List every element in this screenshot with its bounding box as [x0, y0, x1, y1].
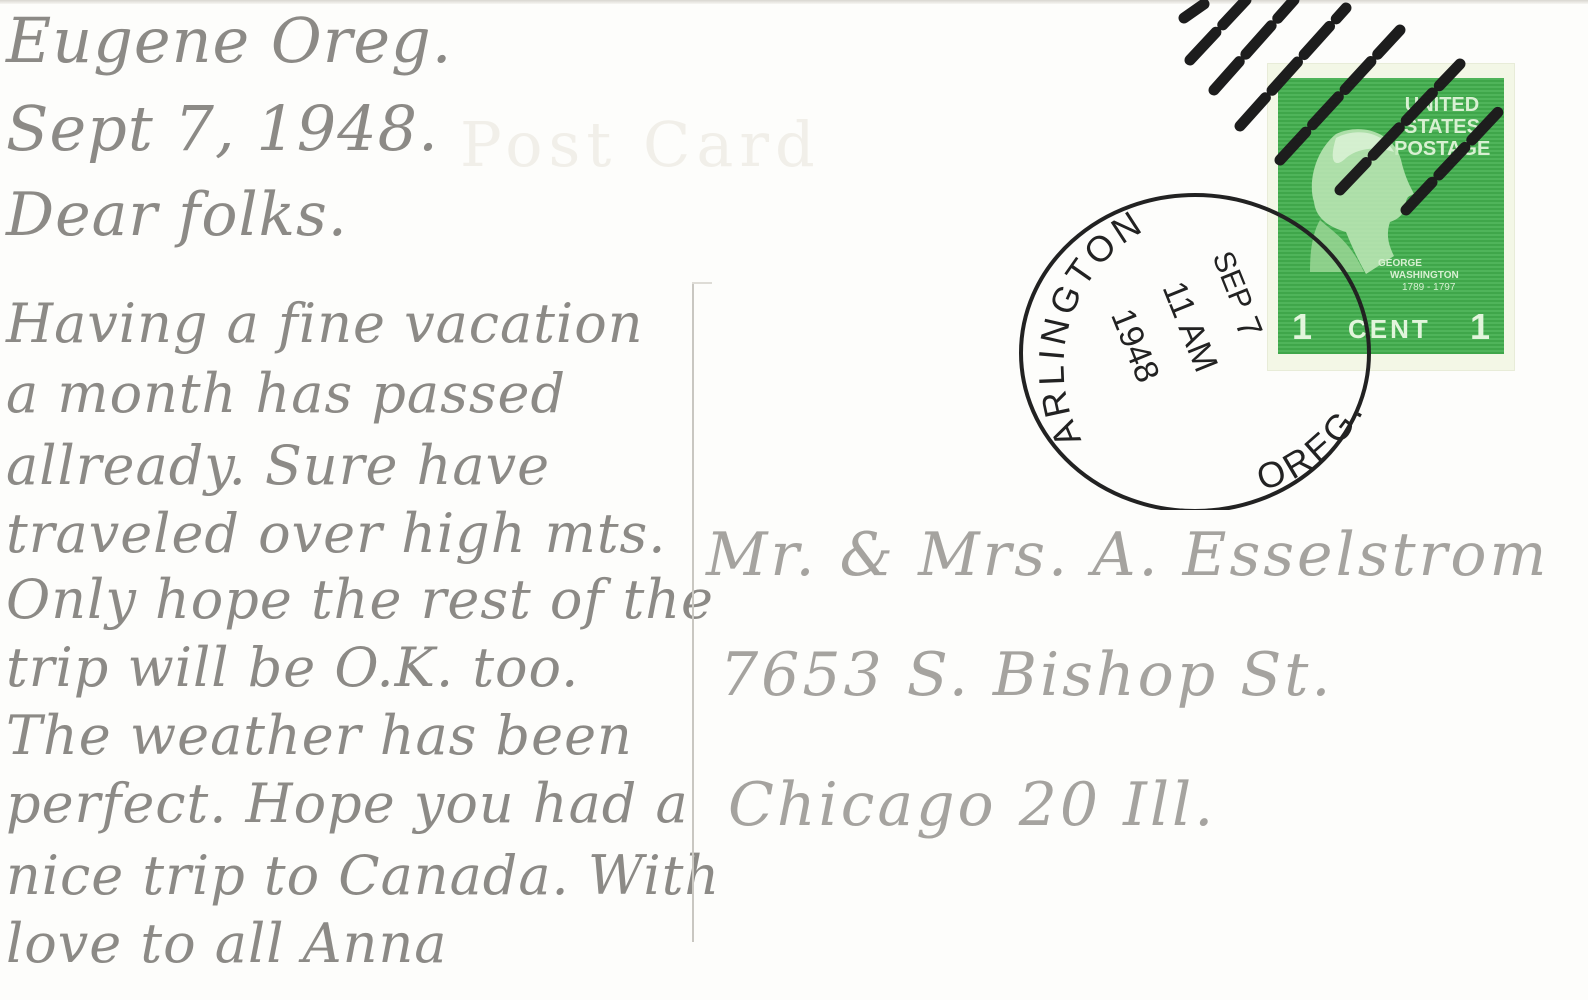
postmark-state: OREG. [1251, 392, 1372, 498]
postmark-time: 11 AM [1155, 276, 1225, 377]
stamp-last-name: WASHINGTON [1378, 270, 1488, 282]
stamp-country-line: UNITED [1394, 94, 1490, 116]
message-date: Sept 7, 1948. [6, 92, 439, 165]
message-place: Eugene Oreg. [6, 4, 452, 77]
stamp-value-right: 1 [1470, 306, 1490, 348]
message-line: allready. Sure have [6, 434, 550, 497]
message-line: Only hope the rest of the [6, 568, 714, 631]
postmark-year: 1948 [1103, 303, 1167, 387]
address-city: Chicago 20 Ill. [728, 770, 1216, 840]
postcard-back: Post Card Eugene Oreg. Sept 7, 1948. Dea… [0, 0, 1588, 1000]
postmark-day: 7 [1227, 312, 1269, 344]
center-divider-line [692, 282, 694, 942]
address-street: 7653 S. Bishop St. [720, 640, 1333, 710]
faint-postcard-header: Post Card [460, 108, 821, 181]
postmark-circle-icon: ARLINGTON OREG. SEP 7 11 AM 1948 [1012, 170, 1392, 510]
svg-text:OREG.: OREG. [1251, 392, 1372, 498]
message-line: traveled over high mts. [6, 502, 666, 565]
stamp-portrait-name: GEORGE WASHINGTON 1789 - 1797 [1378, 258, 1488, 294]
address-name: Mr. & Mrs. A. Esselstrom [706, 520, 1549, 590]
message-salutation: Dear folks. [6, 180, 348, 250]
message-line: The weather has been [6, 704, 633, 767]
divider-tick [692, 282, 712, 284]
message-line: trip will be O.K. too. [6, 636, 579, 699]
message-line: perfect. Hope you had a [6, 772, 689, 835]
message-line: a month has passed [6, 362, 566, 425]
postmark-month: SEP [1206, 247, 1259, 315]
stamp-years: 1789 - 1797 [1378, 282, 1488, 294]
message-line: Having a fine vacation [6, 292, 644, 355]
message-signoff: love to all Anna [6, 912, 447, 975]
stamp-first-name: GEORGE [1378, 258, 1488, 270]
message-line: nice trip to Canada. With [6, 844, 720, 907]
